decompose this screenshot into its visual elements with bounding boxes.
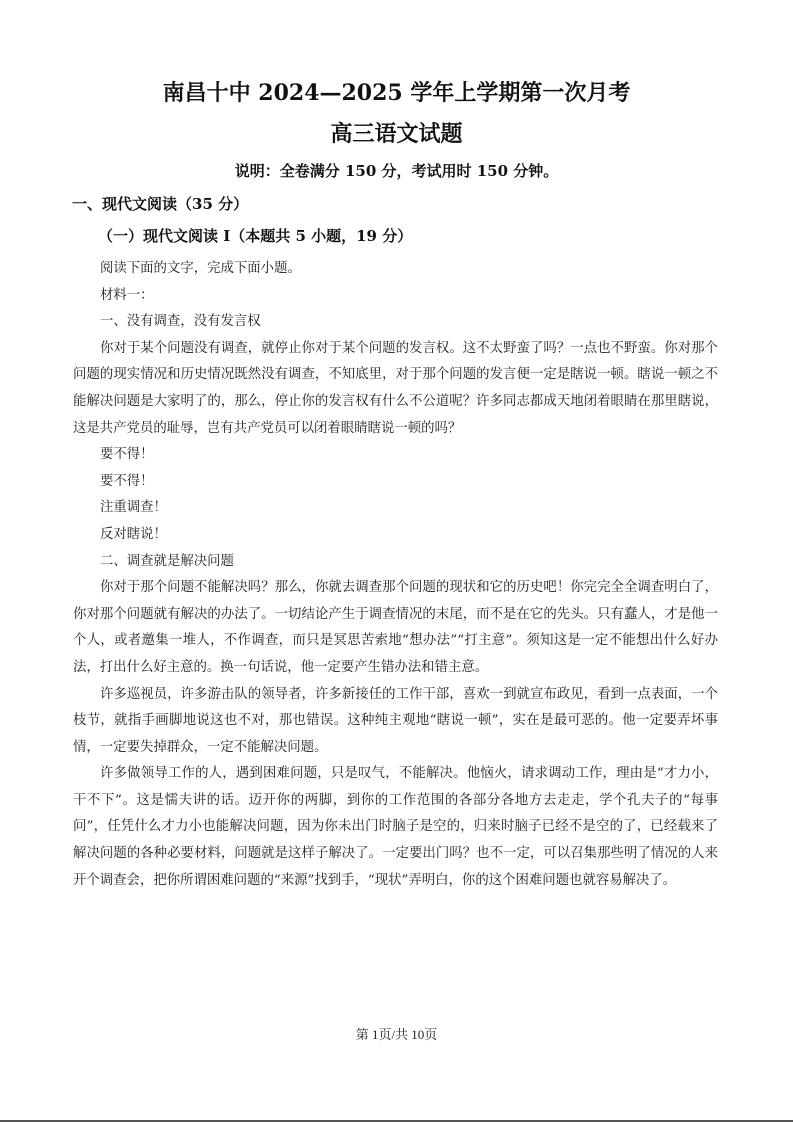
- subsection-heading: （一）现代文阅读 I（本题共 5 小题，19 分）: [98, 225, 412, 246]
- instruction-text: 阅读下面的文字，完成下面小题。: [73, 256, 718, 283]
- exclamation-line: 反对瞎说！: [73, 522, 718, 549]
- exam-page: 南昌十中 2024—2025 学年上学期第一次月考 高三语文试题 说明：全卷满分…: [0, 0, 793, 1120]
- page-number: 第 1页/共 10页: [0, 1024, 793, 1043]
- passage-heading-1: 一、没有调查，没有发言权: [73, 309, 718, 336]
- paragraph: 你对于某个问题没有调查，就停止你对于某个问题的发言权。这不太野蛮了吗？一点也不野…: [73, 336, 718, 442]
- exclamation-line: 要不得！: [73, 469, 718, 496]
- exam-subtitle: 高三语文试题: [0, 117, 793, 148]
- exam-note: 说明：全卷满分 150 分，考试用时 150 分钟。: [0, 160, 793, 181]
- material-label: 材料一：: [73, 283, 718, 310]
- passage-heading-2: 二、调查就是解决问题: [73, 549, 718, 576]
- paragraph: 许多做领导工作的人，遇到困难问题，只是叹气，不能解决。他恼火，请求调动工作，理由…: [73, 761, 718, 894]
- section-heading: 一、现代文阅读（35 分）: [72, 193, 248, 214]
- reading-passage: 阅读下面的文字，完成下面小题。 材料一： 一、没有调查，没有发言权 你对于某个问…: [73, 256, 718, 894]
- paragraph: 你对于那个问题不能解决吗？那么，你就去调查那个问题的现状和它的历史吧！你完完全全…: [73, 575, 718, 681]
- paragraph: 许多巡视员，许多游击队的领导者，许多新接任的工作干部，喜欢一到就宣布政见，看到一…: [73, 682, 718, 762]
- exclamation-line: 要不得！: [73, 442, 718, 469]
- exam-title: 南昌十中 2024—2025 学年上学期第一次月考: [0, 76, 793, 107]
- exclamation-line: 注重调查！: [73, 495, 718, 522]
